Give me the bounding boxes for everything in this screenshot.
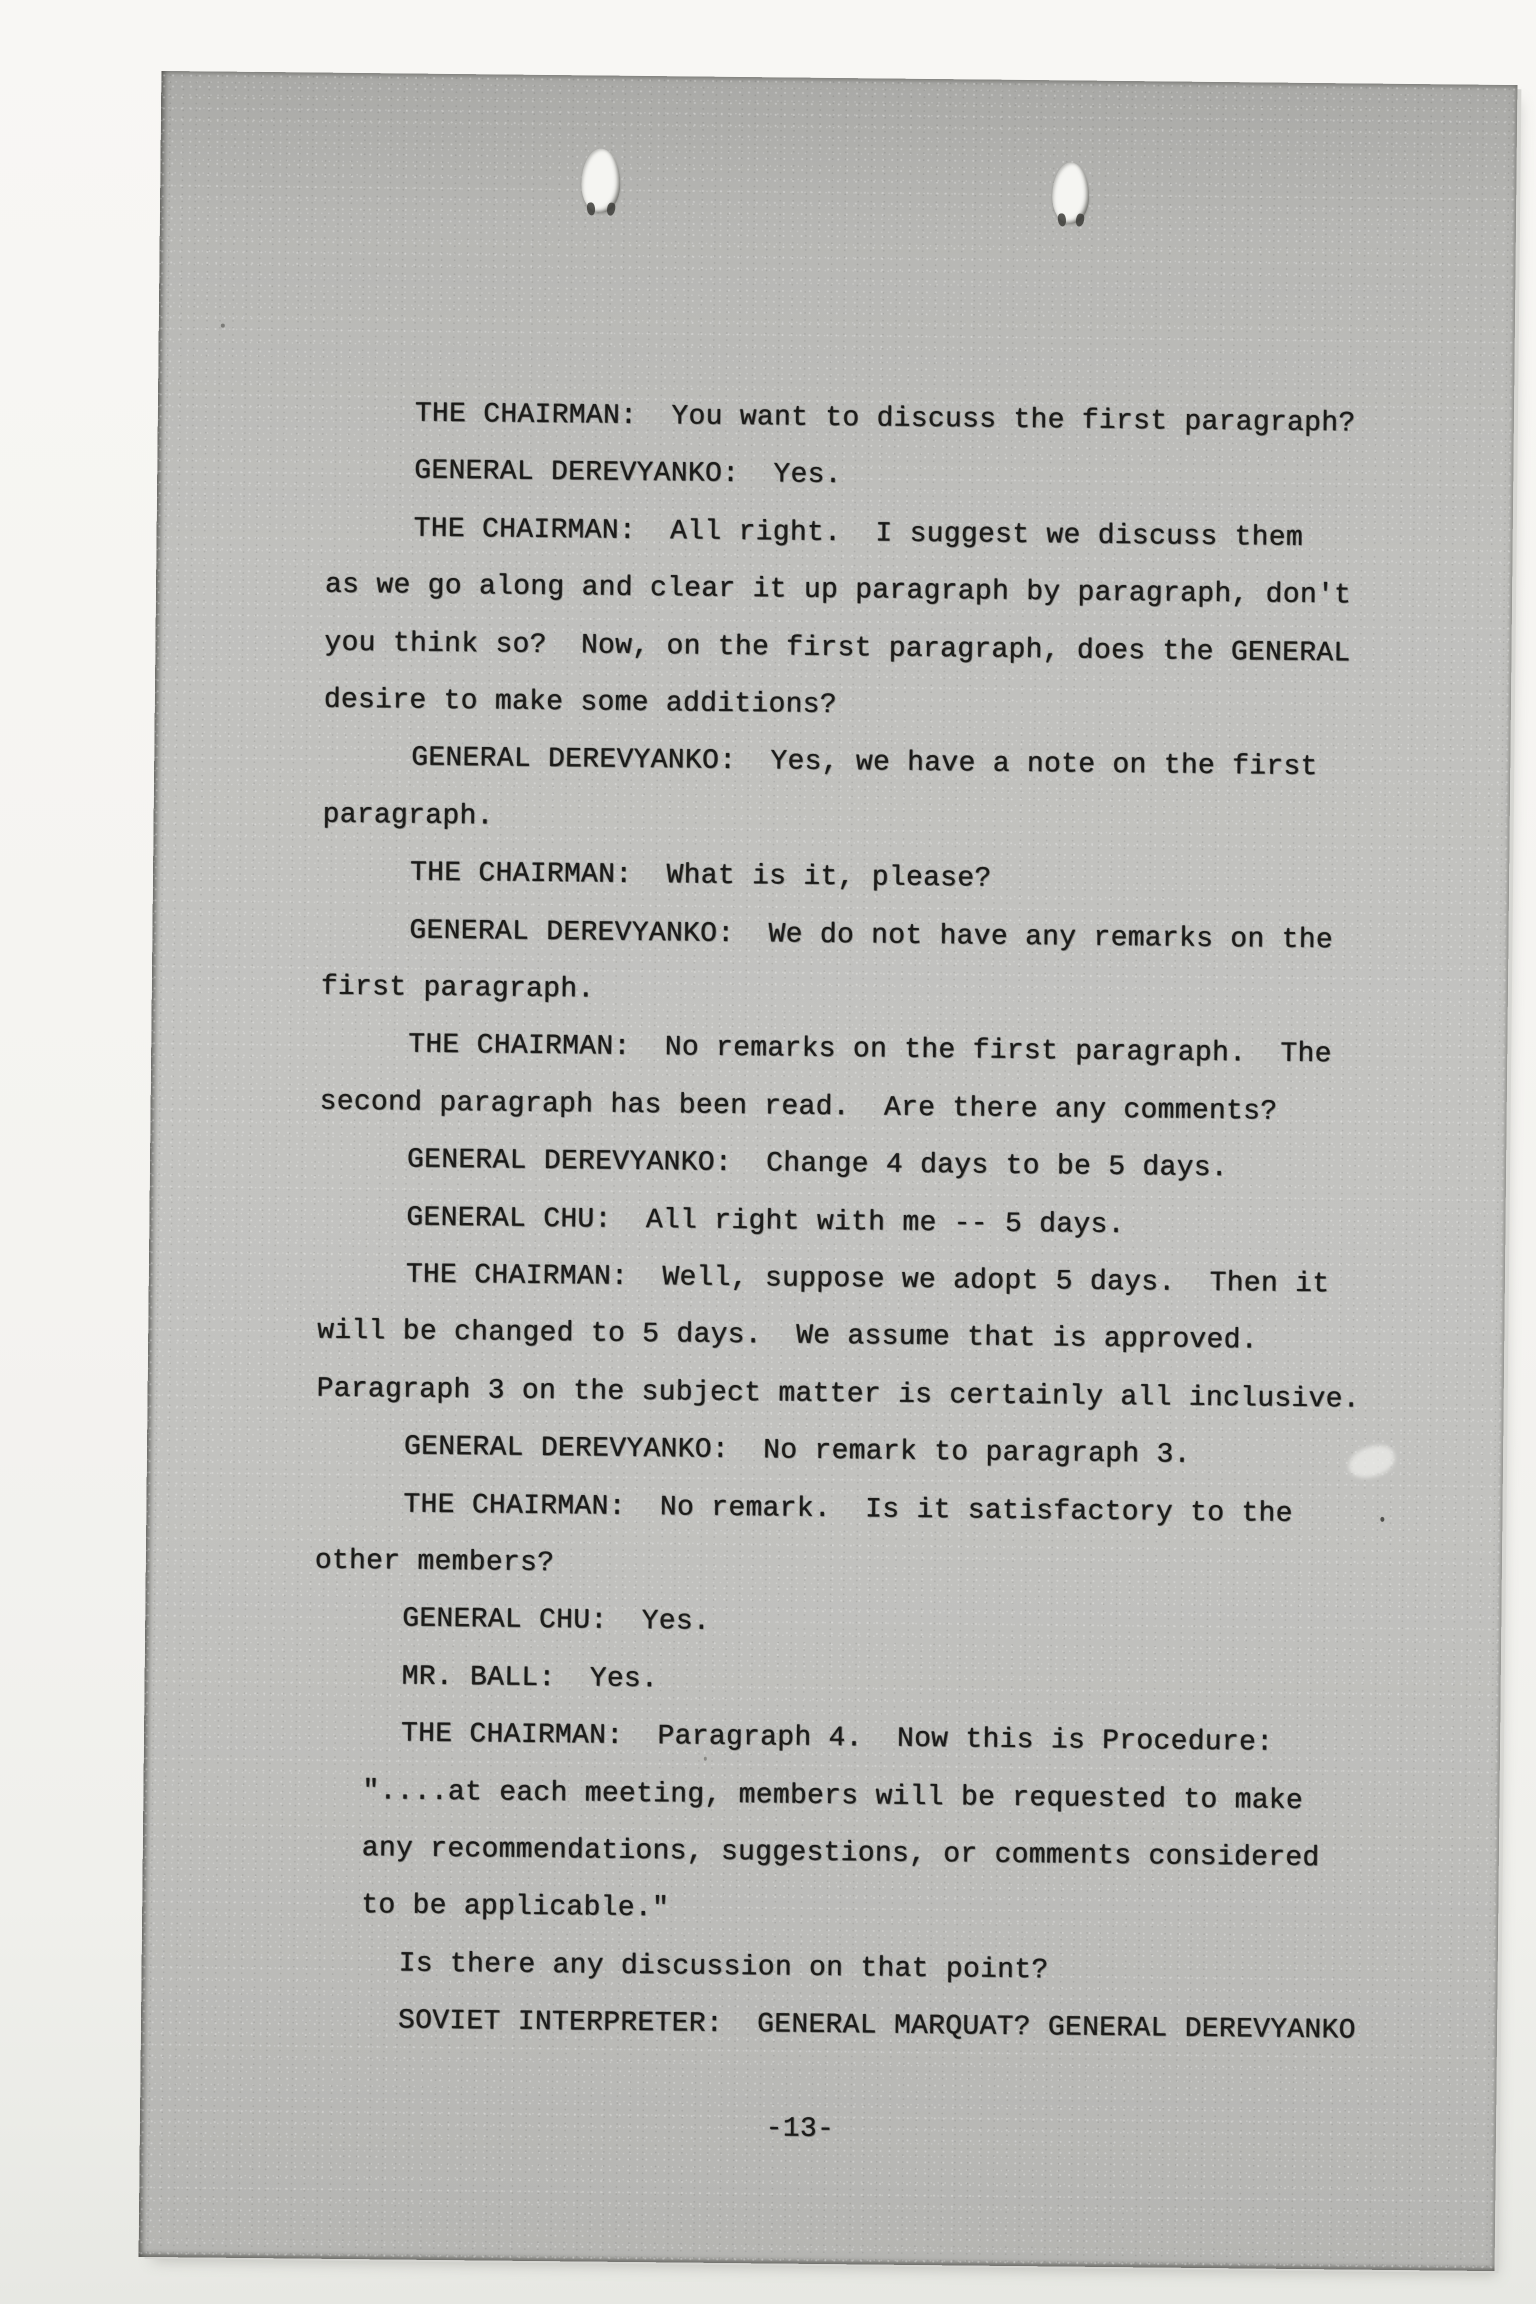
transcript-line: desire to make some additions? xyxy=(324,684,837,723)
transcript-text: THE CHAIRMAN: You want to discuss the fi… xyxy=(139,71,1518,2271)
transcript-line: GENERAL DEREVYANKO: Change 4 days to be … xyxy=(407,1144,1228,1187)
transcript-line: GENERAL DEREVYANKO: We do not have any r… xyxy=(409,914,1333,958)
transcript-line: SOVIET INTERPRETER: GENERAL MARQUAT? GEN… xyxy=(398,2005,1356,2049)
transcript-line: will be changed to 5 days. We assume tha… xyxy=(317,1315,1258,1359)
transcript-line: paragraph. xyxy=(323,798,494,834)
transcript-line: THE CHAIRMAN: No remarks on the first pa… xyxy=(408,1029,1332,1073)
transcript-line: THE CHAIRMAN: Well, suppose we adopt 5 d… xyxy=(406,1259,1330,1303)
transcript-line: THE CHAIRMAN: You want to discuss the fi… xyxy=(415,398,1356,442)
transcript-line: GENERAL CHU: Yes. xyxy=(402,1603,710,1640)
transcript-line: you think so? Now, on the first paragrap… xyxy=(324,626,1350,671)
transcript-line: Is there any discussion on that point? xyxy=(398,1947,1048,1988)
transcript-line: GENERAL DEREVYANKO: No remark to paragra… xyxy=(404,1431,1191,1473)
transcript-line: to be applicable." xyxy=(361,1890,669,1927)
transcript-line: Paragraph 3 on the subject matter is cer… xyxy=(317,1372,1361,1417)
transcript-line: GENERAL DEREVYANKO: Yes, we have a note … xyxy=(411,742,1318,785)
scanned-page-background: THE CHAIRMAN: You want to discuss the fi… xyxy=(0,0,1536,2304)
transcript-line: first paragraph. xyxy=(321,971,595,1008)
transcript-line: THE CHAIRMAN: What is it, please? xyxy=(410,857,992,897)
transcript-line: as we go along and clear it up paragraph… xyxy=(325,569,1351,614)
transcript-line: THE CHAIRMAN: All right. I suggest we di… xyxy=(414,512,1304,555)
transcript-line: THE CHAIRMAN: Paragraph 4. Now this is P… xyxy=(401,1718,1274,1761)
document-page: THE CHAIRMAN: You want to discuss the fi… xyxy=(139,71,1518,2271)
transcript-line: other members? xyxy=(315,1545,555,1582)
transcript-line: any recommendations, suggestions, or com… xyxy=(362,1832,1320,1876)
transcript-line: MR. BALL: Yes. xyxy=(401,1660,658,1697)
transcript-line: second paragraph has been read. Are ther… xyxy=(320,1085,1278,1129)
transcript-line: GENERAL DEREVYANKO: Yes. xyxy=(414,455,842,493)
transcript-line: THE CHAIRMAN: No remark. Is it satisfact… xyxy=(403,1488,1293,1531)
transcript-line: "....at each meeting, members will be re… xyxy=(362,1775,1303,1819)
page-number: -13- xyxy=(740,2113,860,2145)
transcript-line: GENERAL CHU: All right with me -- 5 days… xyxy=(406,1201,1125,1243)
